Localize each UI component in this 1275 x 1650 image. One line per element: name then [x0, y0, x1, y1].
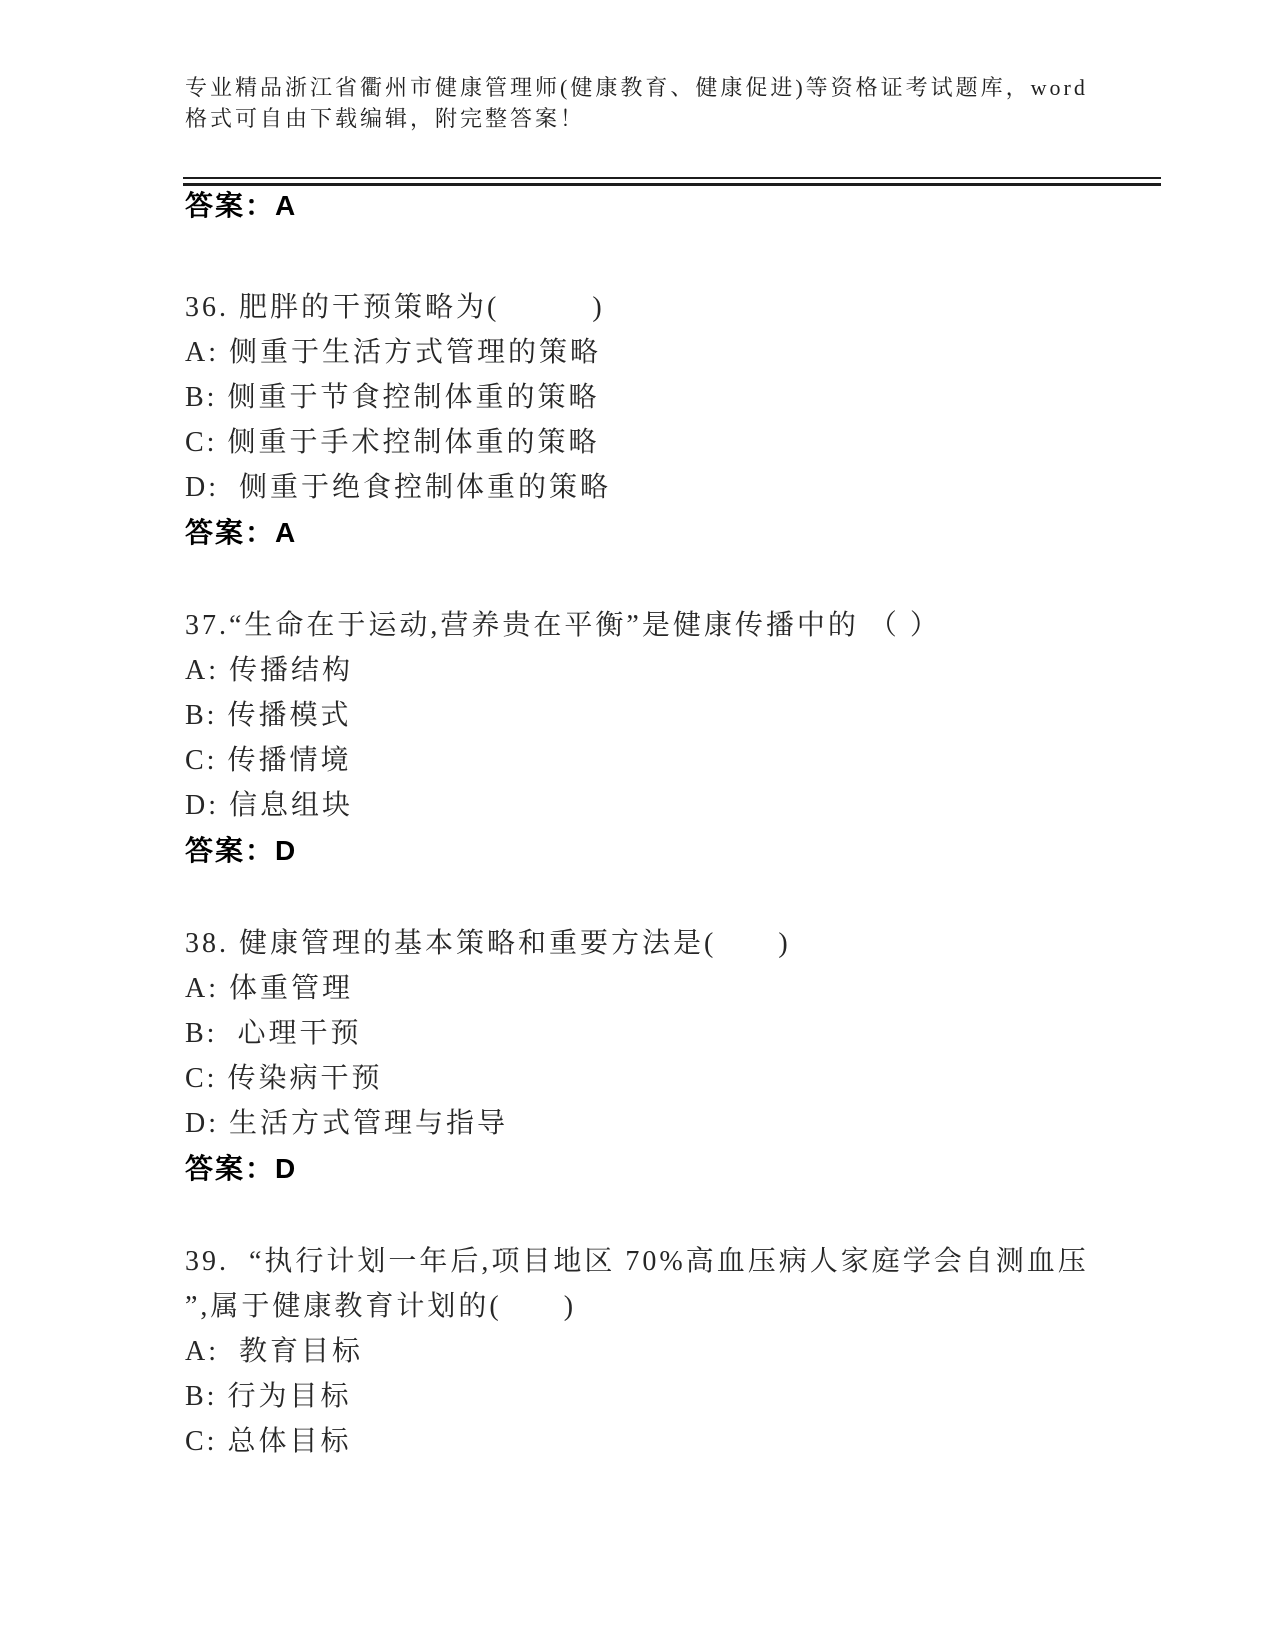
- answer-line: 答案：D: [185, 828, 1185, 873]
- option-line-c: C: 侧重于手术控制体重的策略: [185, 420, 1185, 465]
- answer-line: 答案：D: [185, 1146, 1185, 1191]
- option-line-b: B: 侧重于节食控制体重的策略: [185, 375, 1185, 420]
- question-stem-line: 39. “执行计划一年后,项目地区 70%高血压病人家庭学会自测血压: [185, 1239, 1185, 1284]
- question-37: 37.“生命在于运动,营养贵在平衡”是健康传播中的 （ ） A: 传播结构 B:…: [185, 603, 1185, 873]
- question-stem-line: 36. 肥胖的干预策略为( ): [185, 285, 1185, 330]
- document-page: 专业精品浙江省衢州市健康管理师(健康教育、健康促进)等资格证考试题库，word …: [0, 0, 1275, 1650]
- answer-line: 答案：A: [185, 510, 1185, 555]
- question-39: 39. “执行计划一年后,项目地区 70%高血压病人家庭学会自测血压 ”,属于健…: [185, 1239, 1185, 1464]
- question-stem-line: 37.“生命在于运动,营养贵在平衡”是健康传播中的 （ ）: [185, 603, 1185, 648]
- option-line-d: D: 侧重于绝食控制体重的策略: [185, 465, 1185, 510]
- header-line-2: 格式可自由下载编辑，附完整答案！: [185, 103, 1170, 134]
- option-line-d: D: 信息组块: [185, 783, 1185, 828]
- header-line-1: 专业精品浙江省衢州市健康管理师(健康教育、健康促进)等资格证考试题库，word: [185, 72, 1170, 103]
- option-line-c: C: 总体目标: [185, 1419, 1185, 1464]
- option-line-b: B: 心理干预: [185, 1011, 1185, 1056]
- answer-line-previous-question: 答案：A: [185, 183, 1185, 228]
- option-line-c: C: 传播情境: [185, 738, 1185, 783]
- option-line-a: A: 传播结构: [185, 648, 1185, 693]
- option-line-b: B: 传播模式: [185, 693, 1185, 738]
- question-38: 38. 健康管理的基本策略和重要方法是( ) A: 体重管理 B: 心理干预 C…: [185, 921, 1185, 1191]
- question-36: 36. 肥胖的干预策略为( ) A: 侧重于生活方式管理的策略 B: 侧重于节食…: [185, 285, 1185, 555]
- question-stem-line: ”,属于健康教育计划的( ): [185, 1284, 1185, 1329]
- option-line-b: B: 行为目标: [185, 1374, 1185, 1419]
- option-line-d: D: 生活方式管理与指导: [185, 1101, 1185, 1146]
- question-stem-line: 38. 健康管理的基本策略和重要方法是( ): [185, 921, 1185, 966]
- document-body: 答案：A 36. 肥胖的干预策略为( ) A: 侧重于生活方式管理的策略 B: …: [185, 183, 1185, 1464]
- option-line-c: C: 传染病干预: [185, 1056, 1185, 1101]
- option-line-a: A: 教育目标: [185, 1329, 1185, 1374]
- document-header: 专业精品浙江省衢州市健康管理师(健康教育、健康促进)等资格证考试题库，word …: [185, 72, 1170, 134]
- option-line-a: A: 体重管理: [185, 966, 1185, 1011]
- option-line-a: A: 侧重于生活方式管理的策略: [185, 330, 1185, 375]
